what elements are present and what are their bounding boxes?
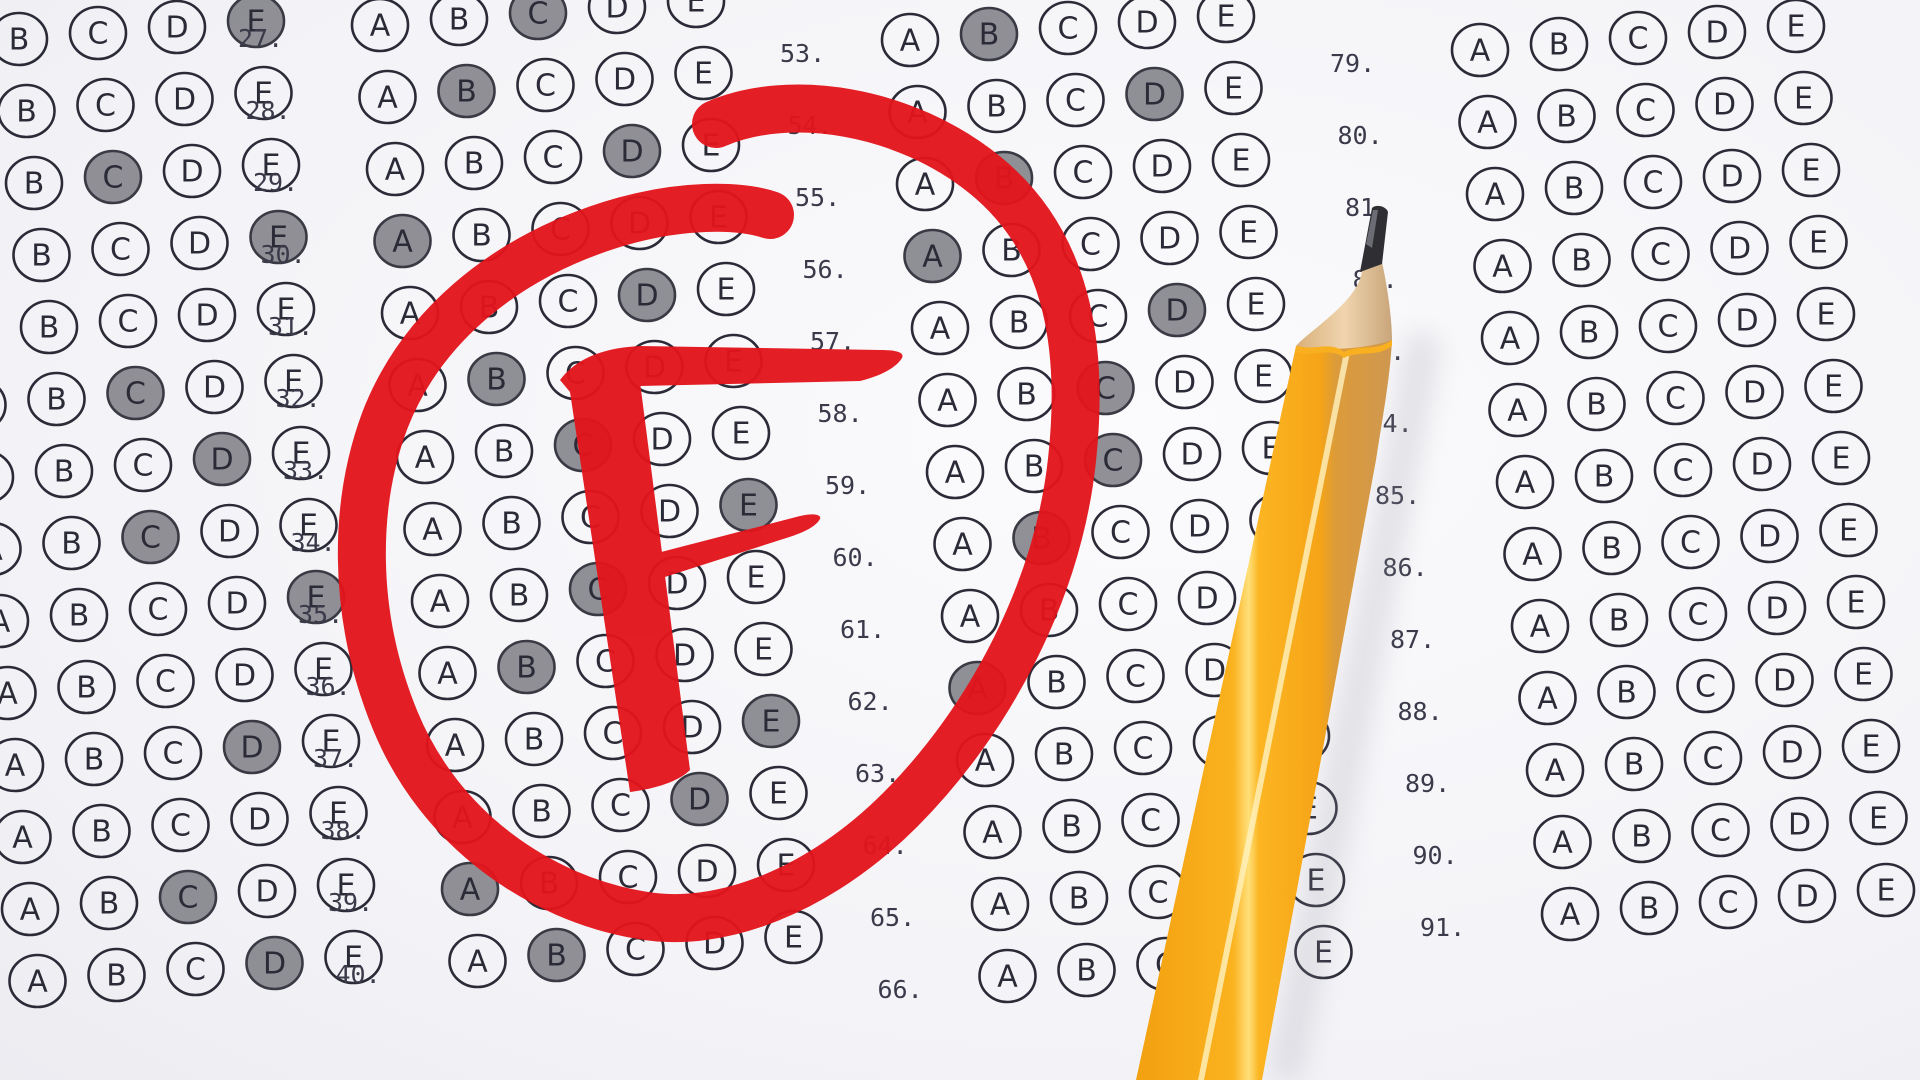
grade-circle [362,109,1076,919]
grade-and-pencil-layer [0,0,1920,1080]
pencil-wood-tip [1296,262,1392,349]
grade-letter-f [560,346,903,792]
answer-sheet-photo: ABCDEABCDEABCDEABCDEABCDEABCDEABCDEABCDE… [0,0,1920,1080]
